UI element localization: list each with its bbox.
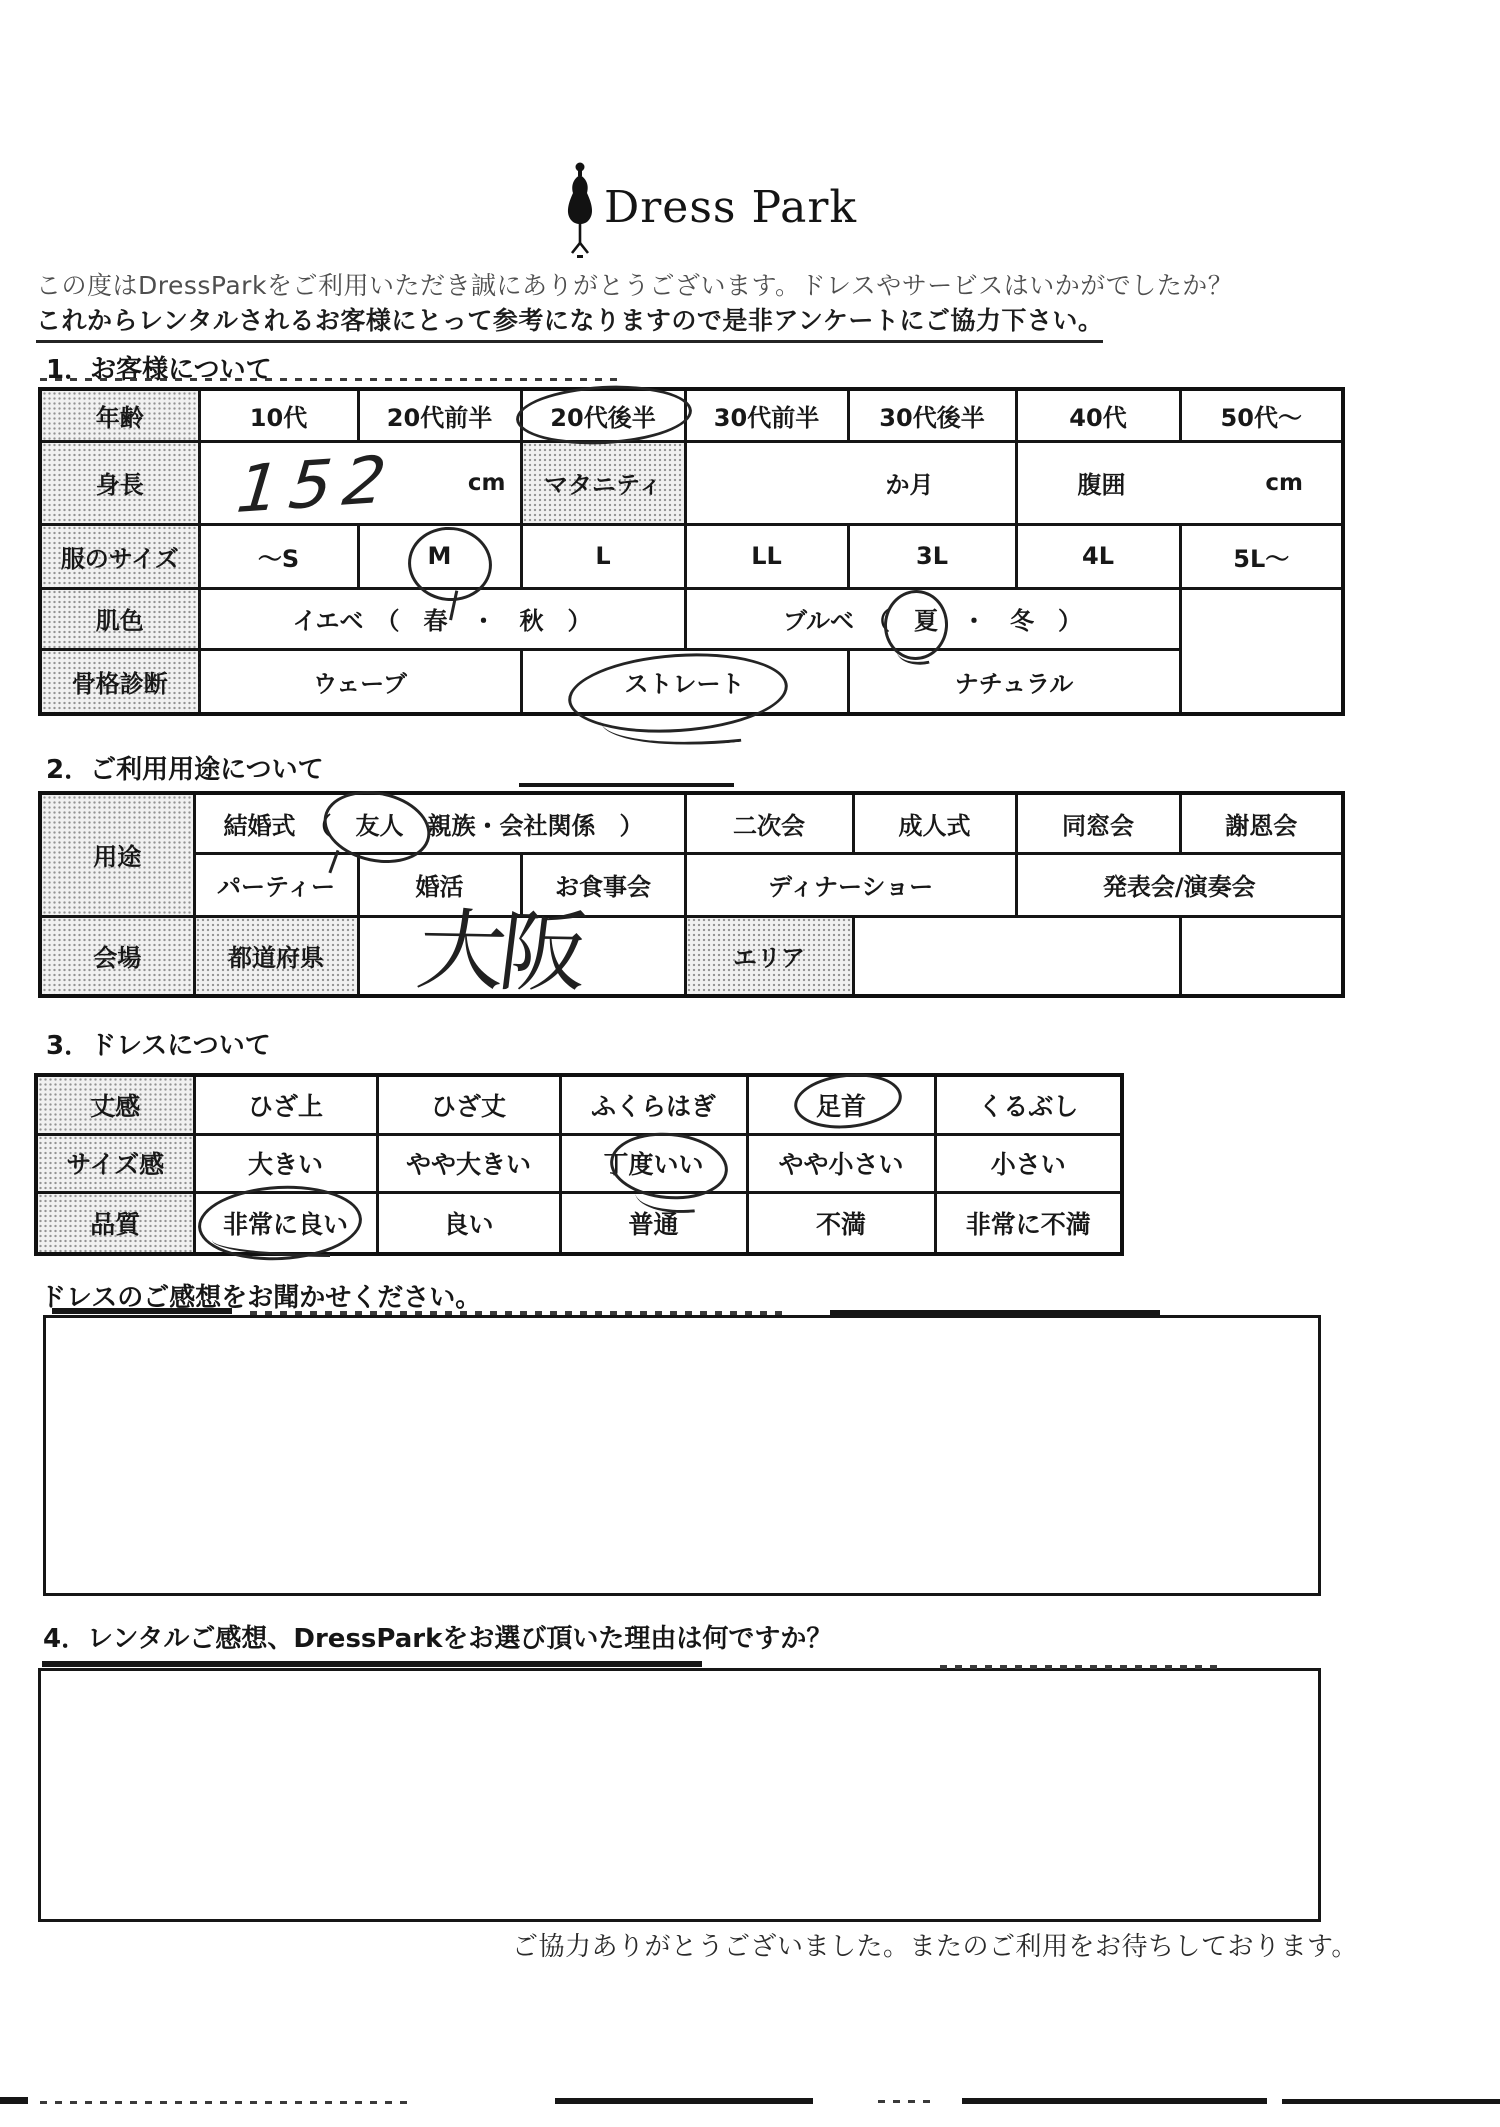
section4-heading: 4．レンタルご感想、DressParkをお選び頂いた理由は何ですか？ xyxy=(43,1618,832,1655)
size-option-s[interactable]: ～S xyxy=(199,524,358,588)
age-option-50s[interactable]: 50代～ xyxy=(1180,389,1343,441)
empty-cell xyxy=(1180,916,1343,996)
waist-label: 腹囲 xyxy=(1078,465,1126,500)
purpose-row-2: パーティー 婚活 お食事会 ディナーショー 発表会/演奏会 xyxy=(40,853,1343,916)
maternity-label: マタニティ xyxy=(521,441,685,524)
maternity-months-cell[interactable]: か月 xyxy=(685,441,1016,524)
scan-artifact xyxy=(250,1311,790,1315)
size-option-5l[interactable]: 5L～ xyxy=(1180,524,1343,588)
purpose-option-coming-of-age[interactable]: 成人式 xyxy=(853,793,1016,853)
scan-artifact-bottom xyxy=(555,2098,813,2104)
area-label: エリア xyxy=(685,916,853,996)
size-row: 服のサイズ ～S M L LL 3L 4L 5L～ xyxy=(40,524,1343,588)
purpose-option-wedding[interactable]: 結婚式 （ 友人 親族・会社関係 ） xyxy=(194,793,685,853)
scan-artifact xyxy=(40,378,620,381)
age-row: 年齢 10代 20代前半 20代後半 30代前半 30代後半 40代 50代～ xyxy=(40,389,1343,441)
length-option-above-knee[interactable]: ひざ上 xyxy=(194,1075,377,1134)
frame-option-natural[interactable]: ナチュラル xyxy=(848,649,1180,714)
scan-artifact-bottom xyxy=(40,2101,410,2104)
purpose-option-dinner-show[interactable]: ディナーショー xyxy=(685,853,1016,916)
size-option-l[interactable]: L xyxy=(521,524,685,588)
scan-artifact xyxy=(830,1310,1160,1315)
quality-option-very-unsatisfied[interactable]: 非常に不満 xyxy=(935,1192,1122,1254)
dress-feedback-box[interactable] xyxy=(43,1315,1321,1596)
rental-reason-box[interactable] xyxy=(38,1668,1321,1922)
age-option-early20s[interactable]: 20代前半 xyxy=(358,389,521,441)
scan-artifact-bottom xyxy=(1282,2099,1500,2104)
quality-label: 品質 xyxy=(36,1192,194,1254)
scan-artifact-bottom xyxy=(0,2097,28,2104)
brand-logo-text: Dress Park xyxy=(604,182,857,233)
size-option-3l[interactable]: 3L xyxy=(848,524,1016,588)
age-option-40s[interactable]: 40代 xyxy=(1016,389,1180,441)
dress-form-icon xyxy=(560,160,600,260)
fit-option-slightly-small[interactable]: やや小さい xyxy=(747,1134,935,1192)
age-option-10s[interactable]: 10代 xyxy=(199,389,358,441)
fit-option-slightly-large[interactable]: やや大きい xyxy=(377,1134,560,1192)
handwritten-prefecture-value: 大阪 xyxy=(413,907,587,998)
fit-option-large[interactable]: 大きい xyxy=(194,1134,377,1192)
intro-line-2: これからレンタルされるお客様にとって参考になりますので是非アンケートにご協力下さ… xyxy=(36,301,1103,343)
length-option-calf[interactable]: ふくらはぎ xyxy=(560,1075,747,1134)
fit-label: サイズ感 xyxy=(36,1134,194,1192)
height-label: 身長 xyxy=(40,441,199,524)
area-input-cell[interactable] xyxy=(853,916,1180,996)
purpose-option-reunion[interactable]: 同窓会 xyxy=(1016,793,1180,853)
usage-table: 用途 結婚式 （ 友人 親族・会社関係 ） 二次会 成人式 同窓会 謝恩会 パー… xyxy=(38,791,1345,998)
age-option-late30s[interactable]: 30代後半 xyxy=(848,389,1016,441)
age-option-early30s[interactable]: 30代前半 xyxy=(685,389,848,441)
intro-line-1: この度はDressParkをご利用いただき誠にありがとうございます。ドレスやサー… xyxy=(36,266,1233,302)
section2-heading: 2．ご利用用途について xyxy=(46,749,324,786)
venue-row: 会場 都道府県 エリア xyxy=(40,916,1343,996)
fit-row: サイズ感 大きい やや大きい 丁度いい やや小さい 小さい xyxy=(36,1134,1122,1192)
frame-option-wave[interactable]: ウェーブ xyxy=(199,649,521,714)
length-option-anklebone[interactable]: くるぶし xyxy=(935,1075,1122,1134)
scan-artifact-bottom xyxy=(962,2098,1267,2104)
waist-cell[interactable]: 腹囲 cm xyxy=(1016,441,1343,524)
purpose-option-afterparty[interactable]: 二次会 xyxy=(685,793,853,853)
purpose-row-1: 用途 結婚式 （ 友人 親族・会社関係 ） 二次会 成人式 同窓会 謝恩会 xyxy=(40,793,1343,853)
section3-heading: 3．ドレスについて xyxy=(46,1025,271,1062)
waist-unit: cm xyxy=(1265,470,1303,496)
scan-artifact-bottom xyxy=(878,2100,938,2103)
scan-artifact xyxy=(519,783,734,787)
size-option-ll[interactable]: LL xyxy=(685,524,848,588)
months-label: か月 xyxy=(687,465,1015,500)
empty-cell xyxy=(1180,649,1343,714)
length-option-knee[interactable]: ひざ丈 xyxy=(377,1075,560,1134)
survey-scan-page: { "colors": { "ink": "#1a1a1a", "shade_d… xyxy=(0,0,1500,2127)
purpose-option-thanks-party[interactable]: 謝恩会 xyxy=(1180,793,1343,853)
venue-label: 会場 xyxy=(40,916,194,996)
quality-option-good[interactable]: 良い xyxy=(377,1192,560,1254)
purpose-label: 用途 xyxy=(40,793,194,916)
age-label: 年齢 xyxy=(40,389,199,441)
scan-artifact xyxy=(940,1665,1220,1669)
frame-label: 骨格診断 xyxy=(40,649,199,714)
size-label: 服のサイズ xyxy=(40,524,199,588)
handwritten-height-value: 152 xyxy=(227,447,406,524)
skin-row: 肌色 イエベ （ 春 ・ 秋 ） ブルベ （ 夏 ・ 冬 ） xyxy=(40,588,1343,649)
skin-label: 肌色 xyxy=(40,588,199,649)
empty-cell xyxy=(1180,588,1343,649)
size-option-4l[interactable]: 4L xyxy=(1016,524,1180,588)
prefecture-label: 都道府県 xyxy=(194,916,358,996)
footer-thanks: ご協力ありがとうございました。またのご利用をお待ちしております。 xyxy=(512,1926,1358,1963)
length-row: 丈感 ひざ上 ひざ丈 ふくらはぎ 足首 くるぶし xyxy=(36,1075,1122,1134)
quality-option-unsatisfied[interactable]: 不満 xyxy=(747,1192,935,1254)
length-label: 丈感 xyxy=(36,1075,194,1134)
purpose-option-recital[interactable]: 発表会/演奏会 xyxy=(1016,853,1343,916)
fit-option-small[interactable]: 小さい xyxy=(935,1134,1122,1192)
scan-artifact xyxy=(42,1661,702,1667)
scan-artifact xyxy=(52,1308,232,1314)
